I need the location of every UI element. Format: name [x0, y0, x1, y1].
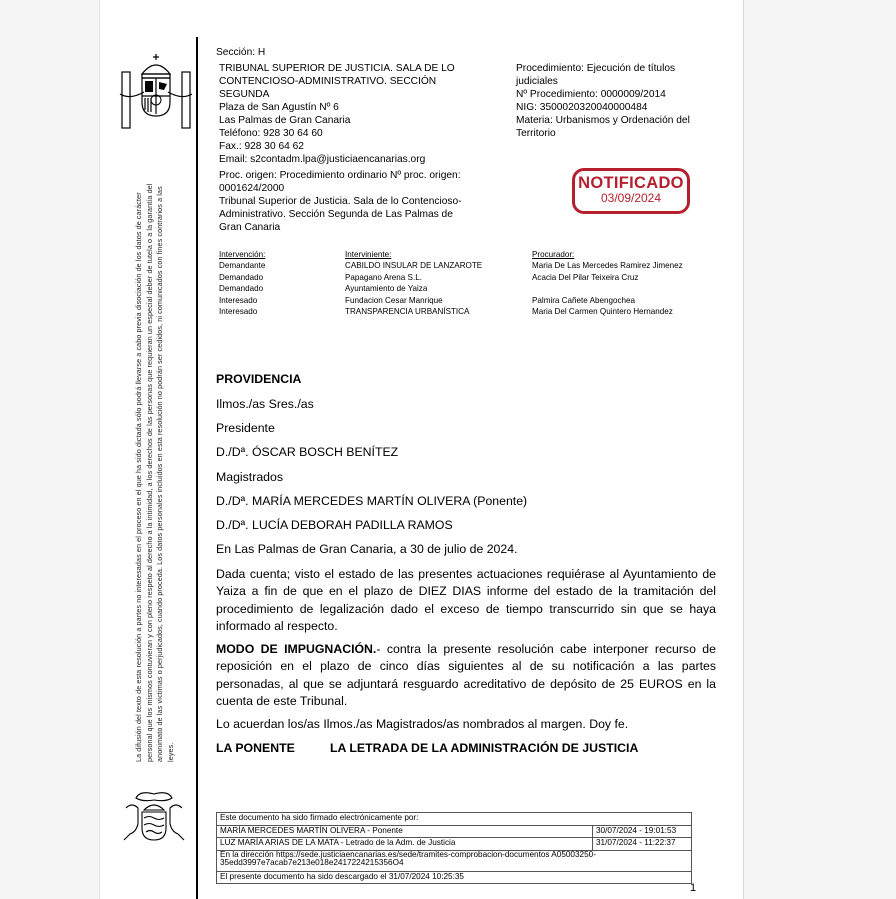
download-note: El presente documento ha sido descargado… — [217, 871, 692, 884]
notified-stamp: NOTIFICADO 03/09/2024 — [572, 168, 690, 214]
paragraph-request: Dada cuenta; visto el estado de las pres… — [216, 566, 716, 636]
parties-header-row: Intervención: Interviniente: Procurador: — [219, 249, 683, 260]
origin-procedure: Proc. origen: Procedimiento ordinario Nº… — [219, 169, 462, 234]
table-row: DemandanteCABILDO INSULAR DE LANZAROTEMa… — [219, 260, 683, 271]
table-row: InteresadoFundacion Cesar ManriquePalmir… — [219, 295, 683, 306]
body-line: D./Dª. ÓSCAR BOSCH BENÍTEZ — [216, 445, 398, 459]
stamp-label: NOTIFICADO — [575, 174, 687, 192]
canarias-coat-of-arms-icon — [118, 790, 190, 848]
table-row: DemandadoPapagano Arena S.L.Acacia Del P… — [219, 272, 683, 283]
signature-row: MARÍA MERCEDES MARTÍN OLIVERA - Ponente3… — [217, 825, 692, 838]
body-line: Magistrados — [216, 470, 283, 484]
table-row: DemandadoAyuntamiento de Yaiza — [219, 283, 683, 294]
body-line: Presidente — [216, 421, 275, 435]
body-line: Ilmos./as Sres./as — [216, 397, 314, 411]
court-email: Email: s2contadm.lpa@justiciaencanarias.… — [219, 153, 455, 166]
court-address: TRIBUNAL SUPERIOR DE JUSTICIA. SALA DE L… — [219, 62, 455, 166]
body-line: D./Dª. MARÍA MERCEDES MARTÍN OLIVERA (Po… — [216, 494, 527, 508]
closing-line: Lo acuerdan los/as Ilmos./as Magistrados… — [216, 717, 628, 731]
verification-link[interactable]: En la dirección https://sede.justiciaenc… — [217, 850, 692, 871]
sign-left: LA PONENTE — [216, 741, 295, 755]
body-line: D./Dª. LUCÍA DEBORAH PADILLA RAMOS — [216, 518, 453, 532]
parties-table: Intervención: Interviniente: Procurador:… — [219, 249, 683, 317]
signature-row: LUZ MARÍA ARIAS DE LA MATA - Letrado de … — [217, 838, 692, 851]
body-line: En Las Palmas de Gran Canaria, a 30 de j… — [216, 542, 517, 556]
sign-right: LA LETRADA DE LA ADMINISTRACIÓN DE JUSTI… — [330, 741, 638, 755]
table-row: InteresadoTRANSPARENCIA URBANÍSTICAMaria… — [219, 306, 683, 317]
section-label: Sección: H — [216, 46, 265, 59]
data-protection-notice: La difusión del texto de esta resolución… — [134, 162, 176, 762]
spain-coat-of-arms-icon — [118, 52, 194, 132]
page-number: 1 — [690, 882, 696, 894]
paragraph-appeal: MODO DE IMPUGNACIÓN.- contra la presente… — [216, 641, 716, 711]
stamp-date: 03/09/2024 — [575, 192, 687, 205]
electronic-signature-box: Este documento ha sido firmado electróni… — [216, 812, 692, 884]
procedure-info: Procedimiento: Ejecución de títulos judi… — [516, 62, 690, 140]
margin-divider — [196, 37, 198, 899]
document-title: PROVIDENCIA — [216, 372, 301, 386]
